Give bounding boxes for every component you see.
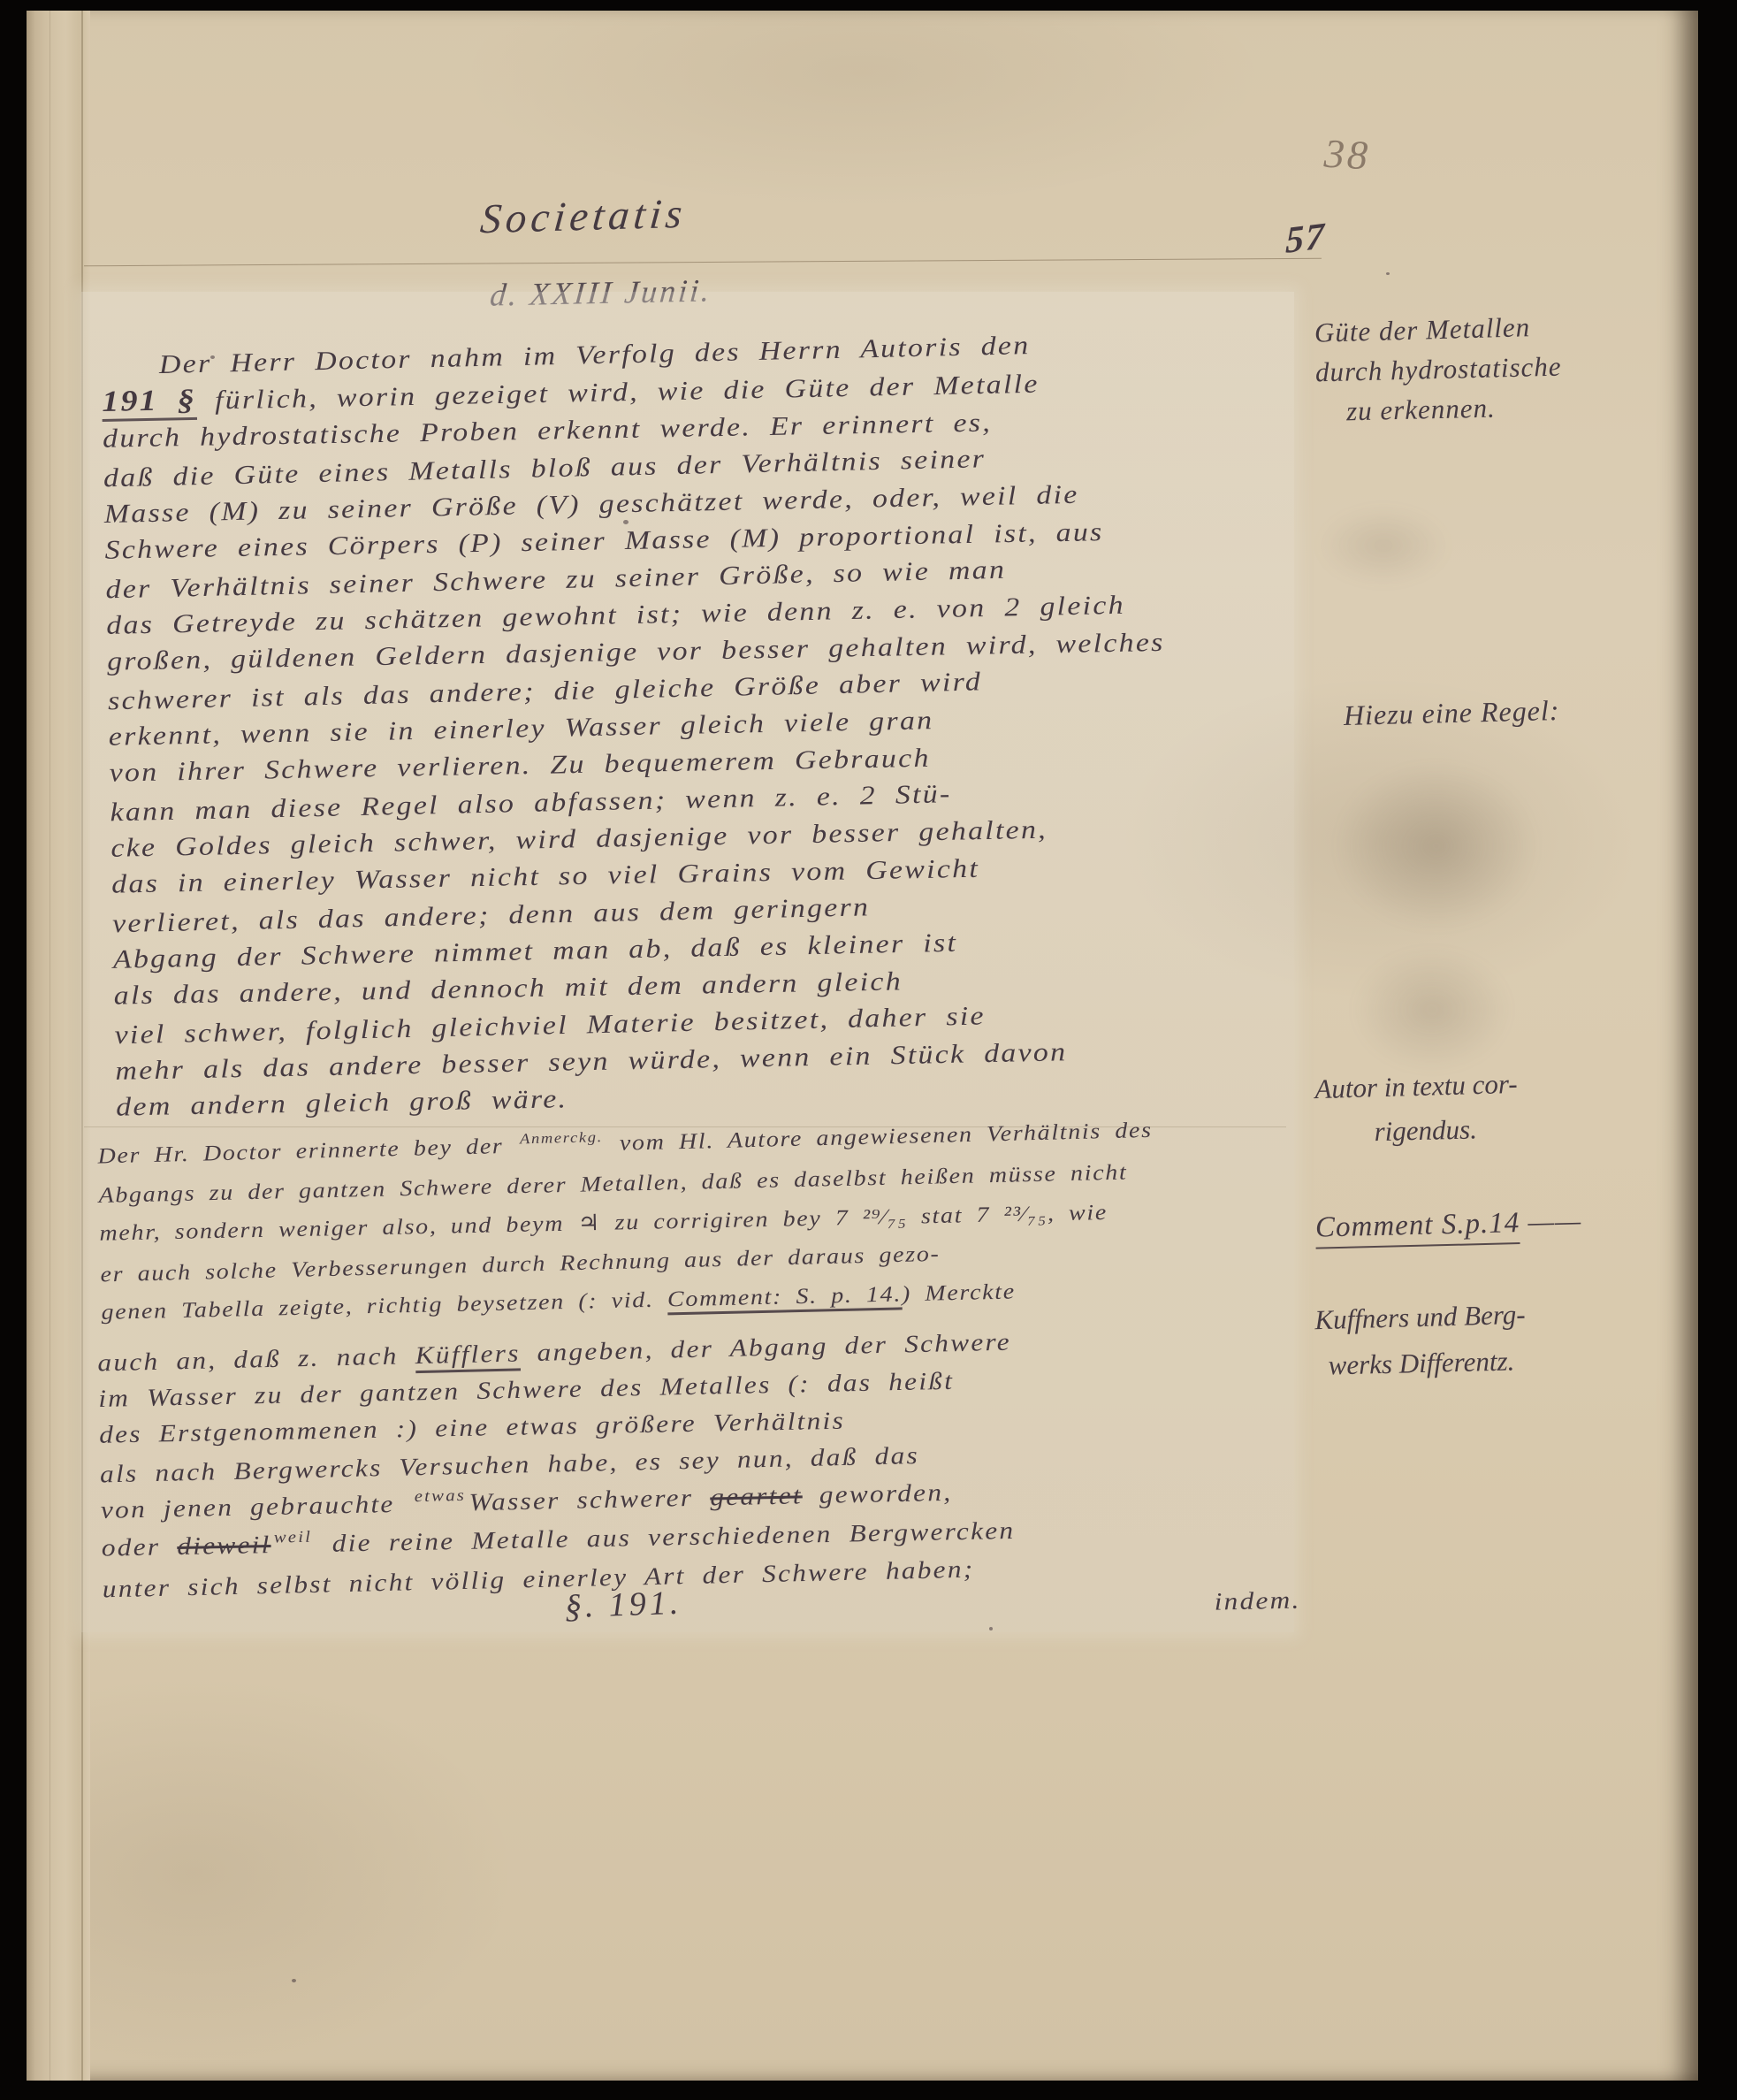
ink-speck [1386, 272, 1390, 275]
text-segment: Der Hr. Doctor erinnerte bey der [97, 1134, 517, 1169]
text-segment: die reine Metalle aus verschiedenen Berg… [315, 1517, 1015, 1558]
text-segment: oder [102, 1533, 178, 1562]
text-segment: vom Hl. Autore angewiesenen Verhältnis d… [606, 1119, 1153, 1156]
scanned-manuscript: 38 57 Societatis d. XXIII Junii. Der Her… [0, 0, 1737, 2100]
comment-reference-dash: —— [1520, 1205, 1582, 1239]
text-line: durch hydrostatische [1314, 347, 1562, 393]
text-segment-underline: Comment: S. p. 14. [667, 1282, 903, 1315]
margin-note-hiezu-eine-regel: Hiezu eine Regel: [1344, 694, 1560, 732]
ink-speck [989, 1627, 993, 1630]
ink-speck [210, 355, 215, 359]
ink-showthrough-smudge [1335, 762, 1538, 930]
text-segment: indem. [1214, 1587, 1301, 1616]
text-segment-ins: Anmerckg. [519, 1118, 603, 1158]
ink-showthrough-smudge [1352, 948, 1512, 1072]
text-line: Kuffners und Berg- [1314, 1292, 1527, 1343]
margin-note-kuffners-differentz: Kuffners und Berg-werks Differentz. [1314, 1292, 1527, 1389]
text-line: werks Differentz. [1315, 1338, 1527, 1389]
paragraph-1: Der Herr Doctor nahm im Verfolg des Herr… [101, 323, 1310, 1127]
text-segment: auch an, daß z. nach [97, 1342, 415, 1377]
text-segment: ) Merckte [902, 1279, 1016, 1306]
page-title: Societatis [82, 179, 1086, 255]
text-segment-ins: etwas [414, 1477, 466, 1515]
comment-reference-text: Comment S.p.14 [1315, 1207, 1520, 1249]
ink-speck [623, 520, 629, 524]
text-line: zu erkennen. [1316, 386, 1564, 431]
text-line: Güte der Metallen [1314, 306, 1561, 352]
header-rule [84, 258, 1322, 267]
ink-showthrough-smudge [1317, 506, 1450, 585]
text-segment-ins: weil [273, 1518, 312, 1556]
text-segment-strike: dieweil [177, 1531, 271, 1561]
text-segment: geworden, [802, 1479, 952, 1510]
ink-speck [292, 1979, 296, 1982]
margin-note-guete-der-metallen: Güte der Metallendurch hydrostatischezu … [1314, 307, 1563, 432]
text-segment: Wasser schwerer [469, 1485, 710, 1517]
text-segment-underline: Küfflers [415, 1340, 521, 1373]
manuscript-page: 38 57 Societatis d. XXIII Junii. Der Her… [27, 11, 1698, 2081]
margin-note-comment-reference: Comment S.p.14 —— [1315, 1205, 1582, 1244]
text-segment: genen Tabella zeigte, richtig beysetzen … [101, 1287, 667, 1325]
text-segment-strike: geartet [710, 1482, 803, 1511]
margin-note-autor-in-textu: Autor in textu cor-rigendus. [1314, 1062, 1520, 1156]
text-segment: von jenen gebrauchte [101, 1491, 412, 1524]
text-segment: angeben, der Abgang der Schwere [520, 1329, 1011, 1368]
text-segment-bold: 191 § [102, 384, 197, 422]
paragraph-2: Der Hr. Doctor erinnerte bey der Anmerck… [97, 1109, 1299, 1333]
text-line: rigendus. [1315, 1106, 1519, 1156]
page-crease [50, 11, 50, 2081]
